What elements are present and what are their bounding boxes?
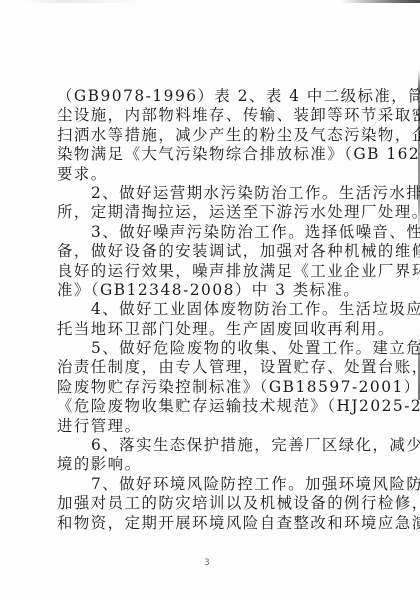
paragraph-item-6-ecological-protection: 6、落实生态保护措施，完善厂区绿化，减少对周围生态环 境的影响。 (57, 436, 369, 475)
document-page: （GB9078-1996）表 2、表 4 中二级标准，筒仓仓顶安装布袋除 尘设施… (0, 0, 420, 600)
scan-shadow-top (25, 0, 420, 3)
text-line: 4、做好工业固体废物防治工作。生活垃圾应分类收集，委 (57, 300, 369, 319)
text-line: 良好的运行效果，噪声排放满足《工业企业厂界环境噪声排放标 (57, 262, 369, 281)
text-line: 《危险废物收集贮存运输技术规范》（HJ2025-2012）对危险废物 (57, 397, 369, 416)
text-line: 险废物贮存污染控制标准》（GB18597-2001）及其 2013 修改单和 (57, 378, 369, 397)
text-line: 7、做好环境风险防控工作。加强环境风险防控宣传管理， (57, 475, 369, 494)
paragraph-item-4-solid-waste: 4、做好工业固体废物防治工作。生活垃圾应分类收集，委 托当地环卫部门处理。生产固… (57, 300, 369, 339)
text-line: 准》（GB12348-2008）中 3 类标准。 (57, 281, 369, 300)
text-line: 托当地环卫部门处理。生产固废回收再利用。 (57, 320, 369, 339)
paragraph-item-5-hazardous-waste: 5、做好危险废物的收集、处置工作。建立危险废物污染防 治责任制度，由专人管理，设… (57, 339, 369, 436)
text-line: 和物资，定期开展环境风险自查整改和环境应急演练，杜绝各类 (57, 514, 369, 533)
paragraph-air-pollution-continued: （GB9078-1996）表 2、表 4 中二级标准，筒仓仓顶安装布袋除 尘设施… (57, 87, 369, 184)
page-number: 3 (204, 558, 210, 568)
text-line: 加强对员工的防灾培训以及机械设备的例行检修，储备应急设备 (57, 494, 369, 513)
paragraph-item-7-environmental-risk: 7、做好环境风险防控工作。加强环境风险防控宣传管理， 加强对员工的防灾培训以及机… (57, 475, 369, 533)
text-line: 境的影响。 (57, 455, 369, 474)
text-line: 6、落实生态保护措施，完善厂区绿化，减少对周围生态环 (57, 436, 369, 455)
text-line: 尘设施，内部物料堆存、传输、装卸等环节采取密闭、遮盖、清 (57, 106, 369, 125)
paragraph-item-2-water-pollution: 2、做好运营期水污染防治工作。生活污水排入防渗环保厕 所，定期清掏拉运，运送至下… (57, 184, 369, 223)
text-line: 治责任制度，由专人管理，设置贮存、处置台账，严格按照《危 (57, 358, 369, 377)
text-line: 5、做好危险废物的收集、处置工作。建立危险废物污染防 (57, 339, 369, 358)
text-line: 所，定期清掏拉运，运送至下游污水处理厂处理。 (57, 203, 369, 222)
text-line: 进行管理。 (57, 417, 369, 436)
text-line: 扫洒水等措施，减少产生的粉尘及气态污染物，企业边界大气污 (57, 126, 369, 145)
text-line: 要求。 (57, 165, 369, 184)
text-line: 2、做好运营期水污染防治工作。生活污水排入防渗环保厕 (57, 184, 369, 203)
text-line: 3、做好噪声污染防治工作。选择低噪音、性能好的机械设 (57, 223, 369, 242)
text-line: （GB9078-1996）表 2、表 4 中二级标准，筒仓仓顶安装布袋除 (57, 87, 369, 106)
text-line: 染物满足《大气污染物综合排放标准》（GB 16297－1996）限值 (57, 145, 369, 164)
text-line: 备，做好设备的安装调试，加强对各种机械的维修保养，保持其 (57, 242, 369, 261)
paragraph-item-3-noise-pollution: 3、做好噪声污染防治工作。选择低噪音、性能好的机械设 备，做好设备的安装调试，加… (57, 223, 369, 301)
document-body: （GB9078-1996）表 2、表 4 中二级标准，筒仓仓顶安装布袋除 尘设施… (57, 87, 369, 533)
